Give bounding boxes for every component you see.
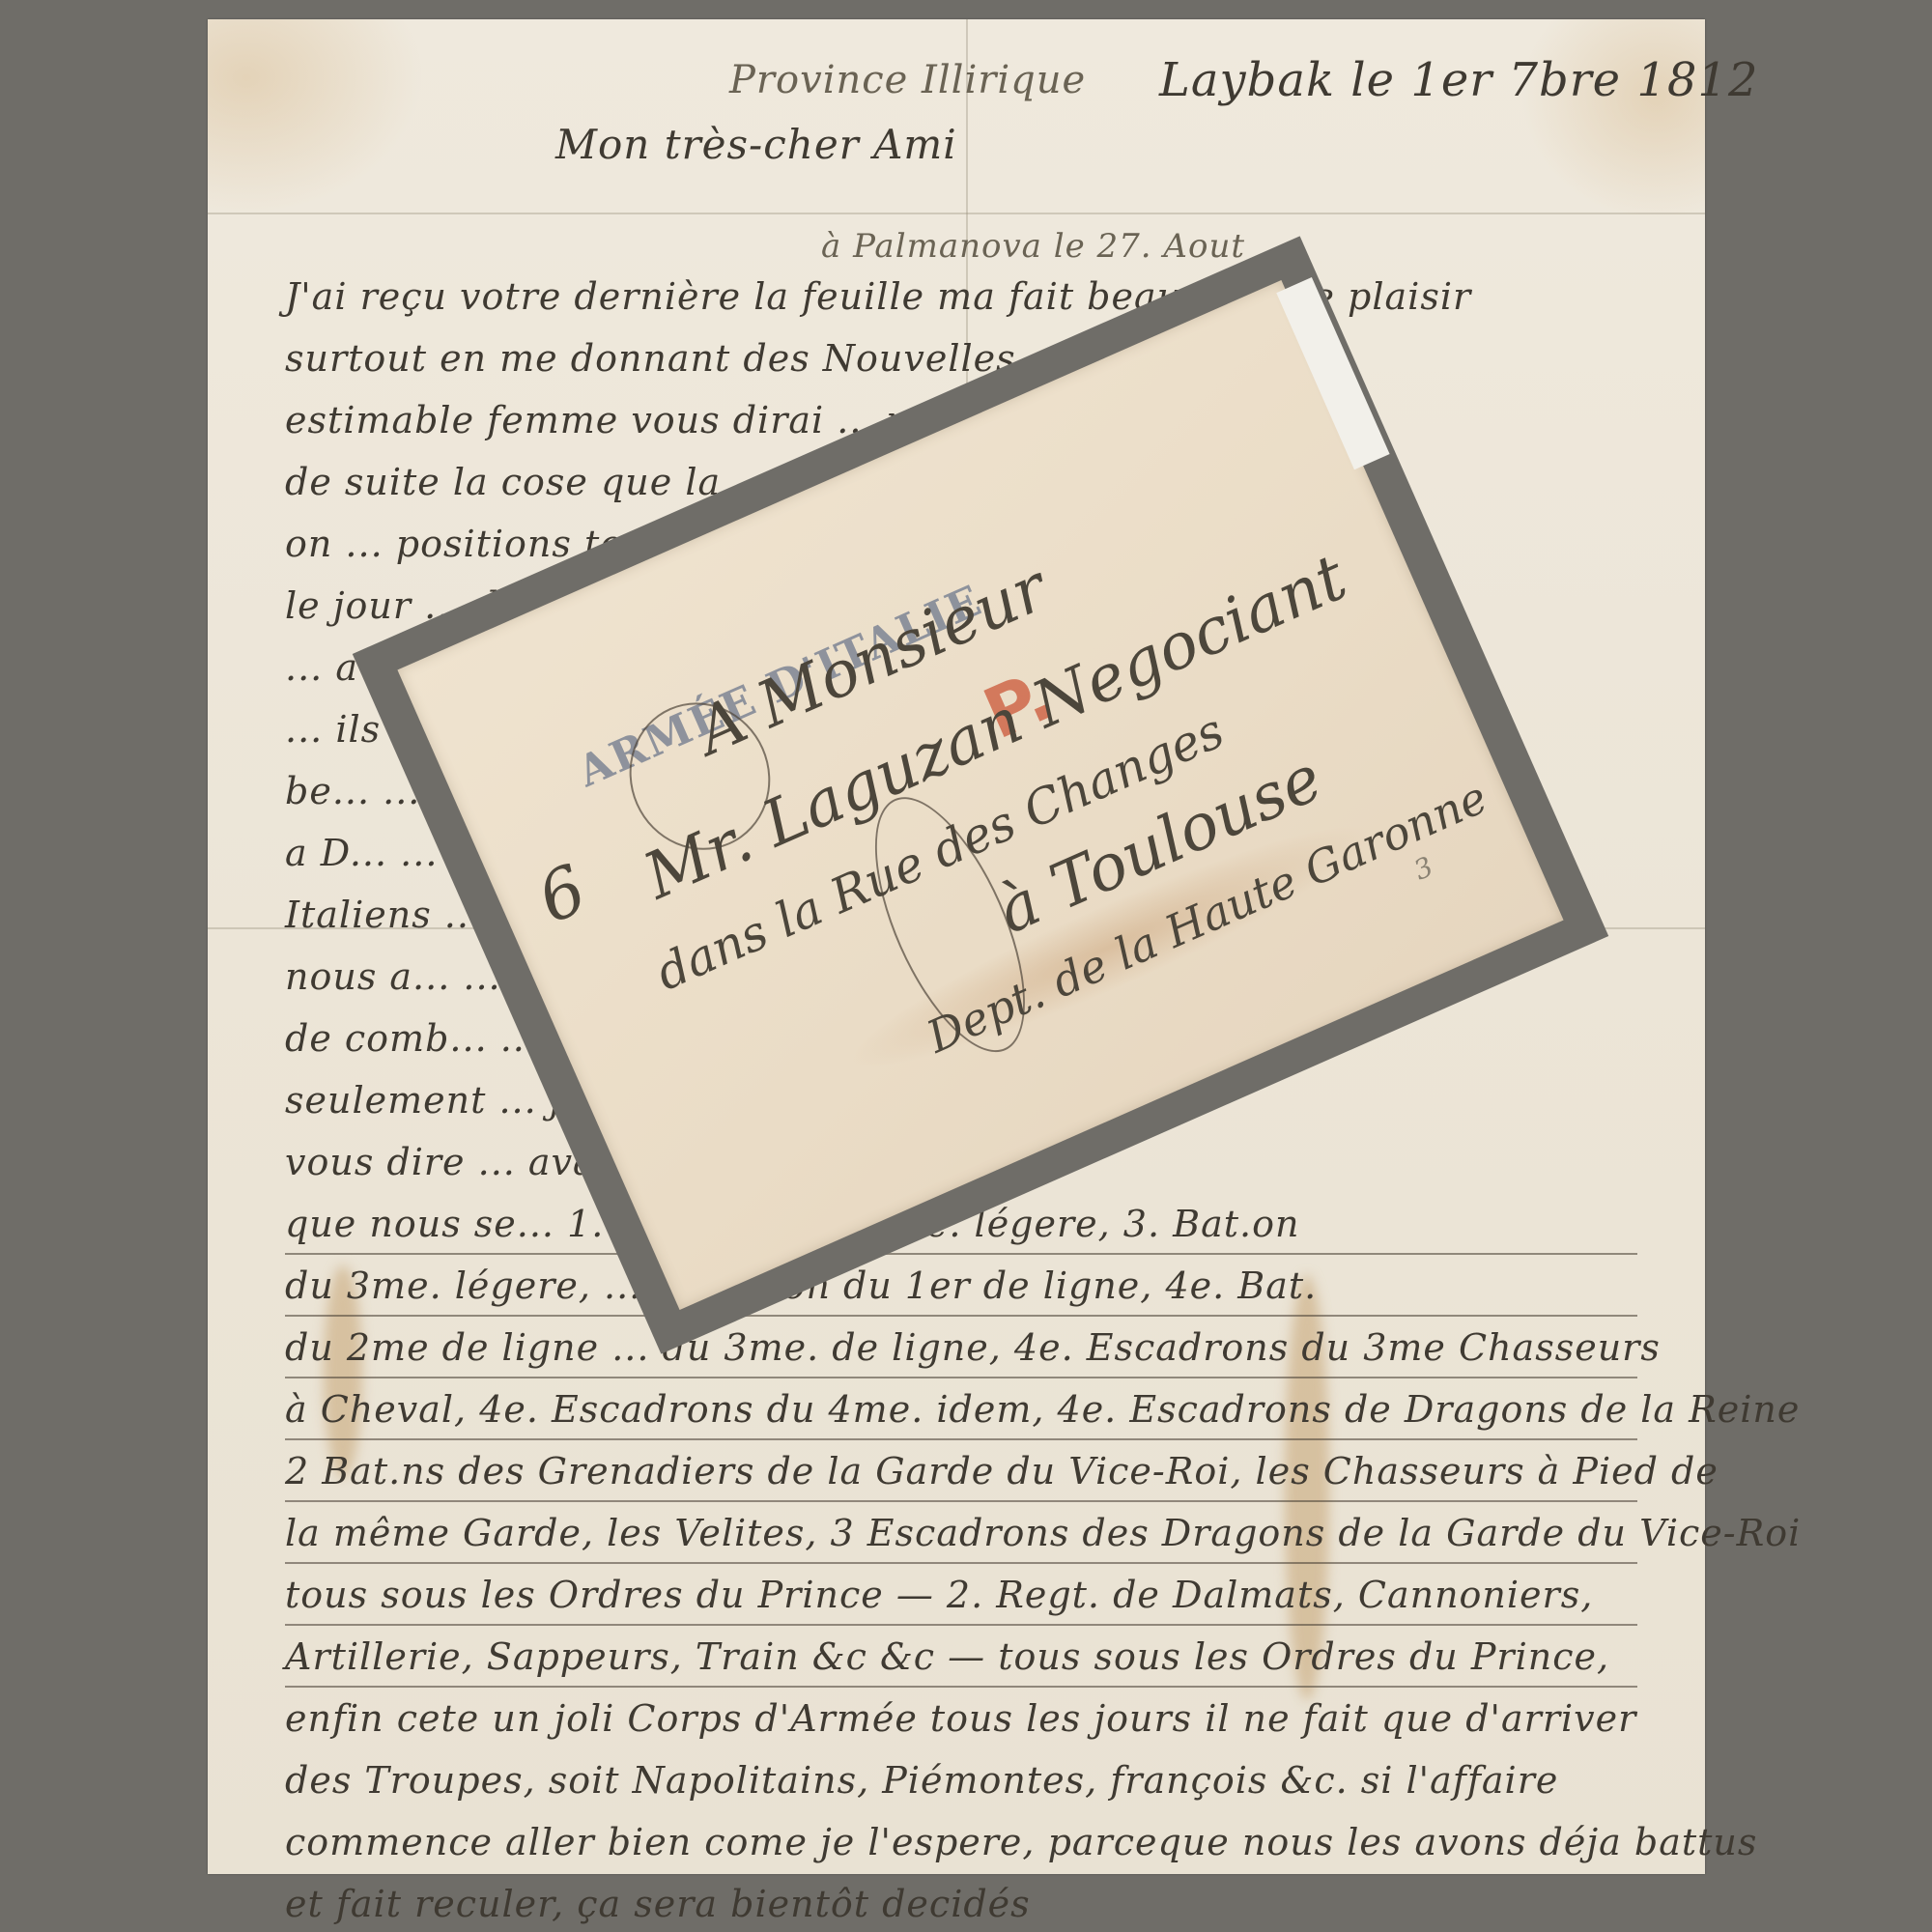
letter-line: Artillerie, Sappeurs, Train &c &c — tous…	[285, 1635, 1609, 1678]
header-place: Province Illirique	[729, 58, 1086, 102]
letter-line: 2 Bat.ns des Grenadiers de la Garde du V…	[285, 1450, 1719, 1492]
underline	[285, 1438, 1637, 1440]
underline	[285, 1377, 1637, 1378]
letter-line: Italiens ...	[285, 894, 482, 936]
letter-line: tous sous les Ordres du Prince — 2. Regt…	[285, 1574, 1593, 1616]
letter-line: à Cheval, 4e. Escadrons du 4me. idem, 4e…	[285, 1388, 1800, 1431]
letter-line: commence aller bien come je l'espere, pa…	[285, 1821, 1757, 1863]
underline	[285, 1624, 1637, 1626]
insertion-note: à Palmanova le 27. Aout	[821, 227, 1245, 266]
letter-line: enfin cete un joli Corps d'Armée tous le…	[285, 1697, 1636, 1740]
docket-number: 3	[1409, 850, 1438, 886]
letter-line: du 2me de ligne ... du 3me. de ligne, 4e…	[285, 1326, 1661, 1369]
fold-crease	[208, 213, 1705, 214]
letter-line: des Troupes, soit Napolitains, Piémontes…	[285, 1759, 1558, 1802]
underline	[285, 1253, 1637, 1255]
underline	[285, 1686, 1637, 1688]
underline	[285, 1315, 1637, 1317]
header-date: Laybak le 1er 7bre 1812	[1159, 53, 1759, 107]
underline	[285, 1562, 1637, 1564]
letter-line: et fait reculer, ça sera bientôt decidés	[285, 1883, 1031, 1925]
underline	[285, 1500, 1637, 1502]
rate-mark: 6	[526, 849, 598, 939]
letter-line: la même Garde, les Velites, 3 Escadrons …	[285, 1512, 1801, 1554]
salutation: Mon très-cher Ami	[555, 121, 957, 168]
